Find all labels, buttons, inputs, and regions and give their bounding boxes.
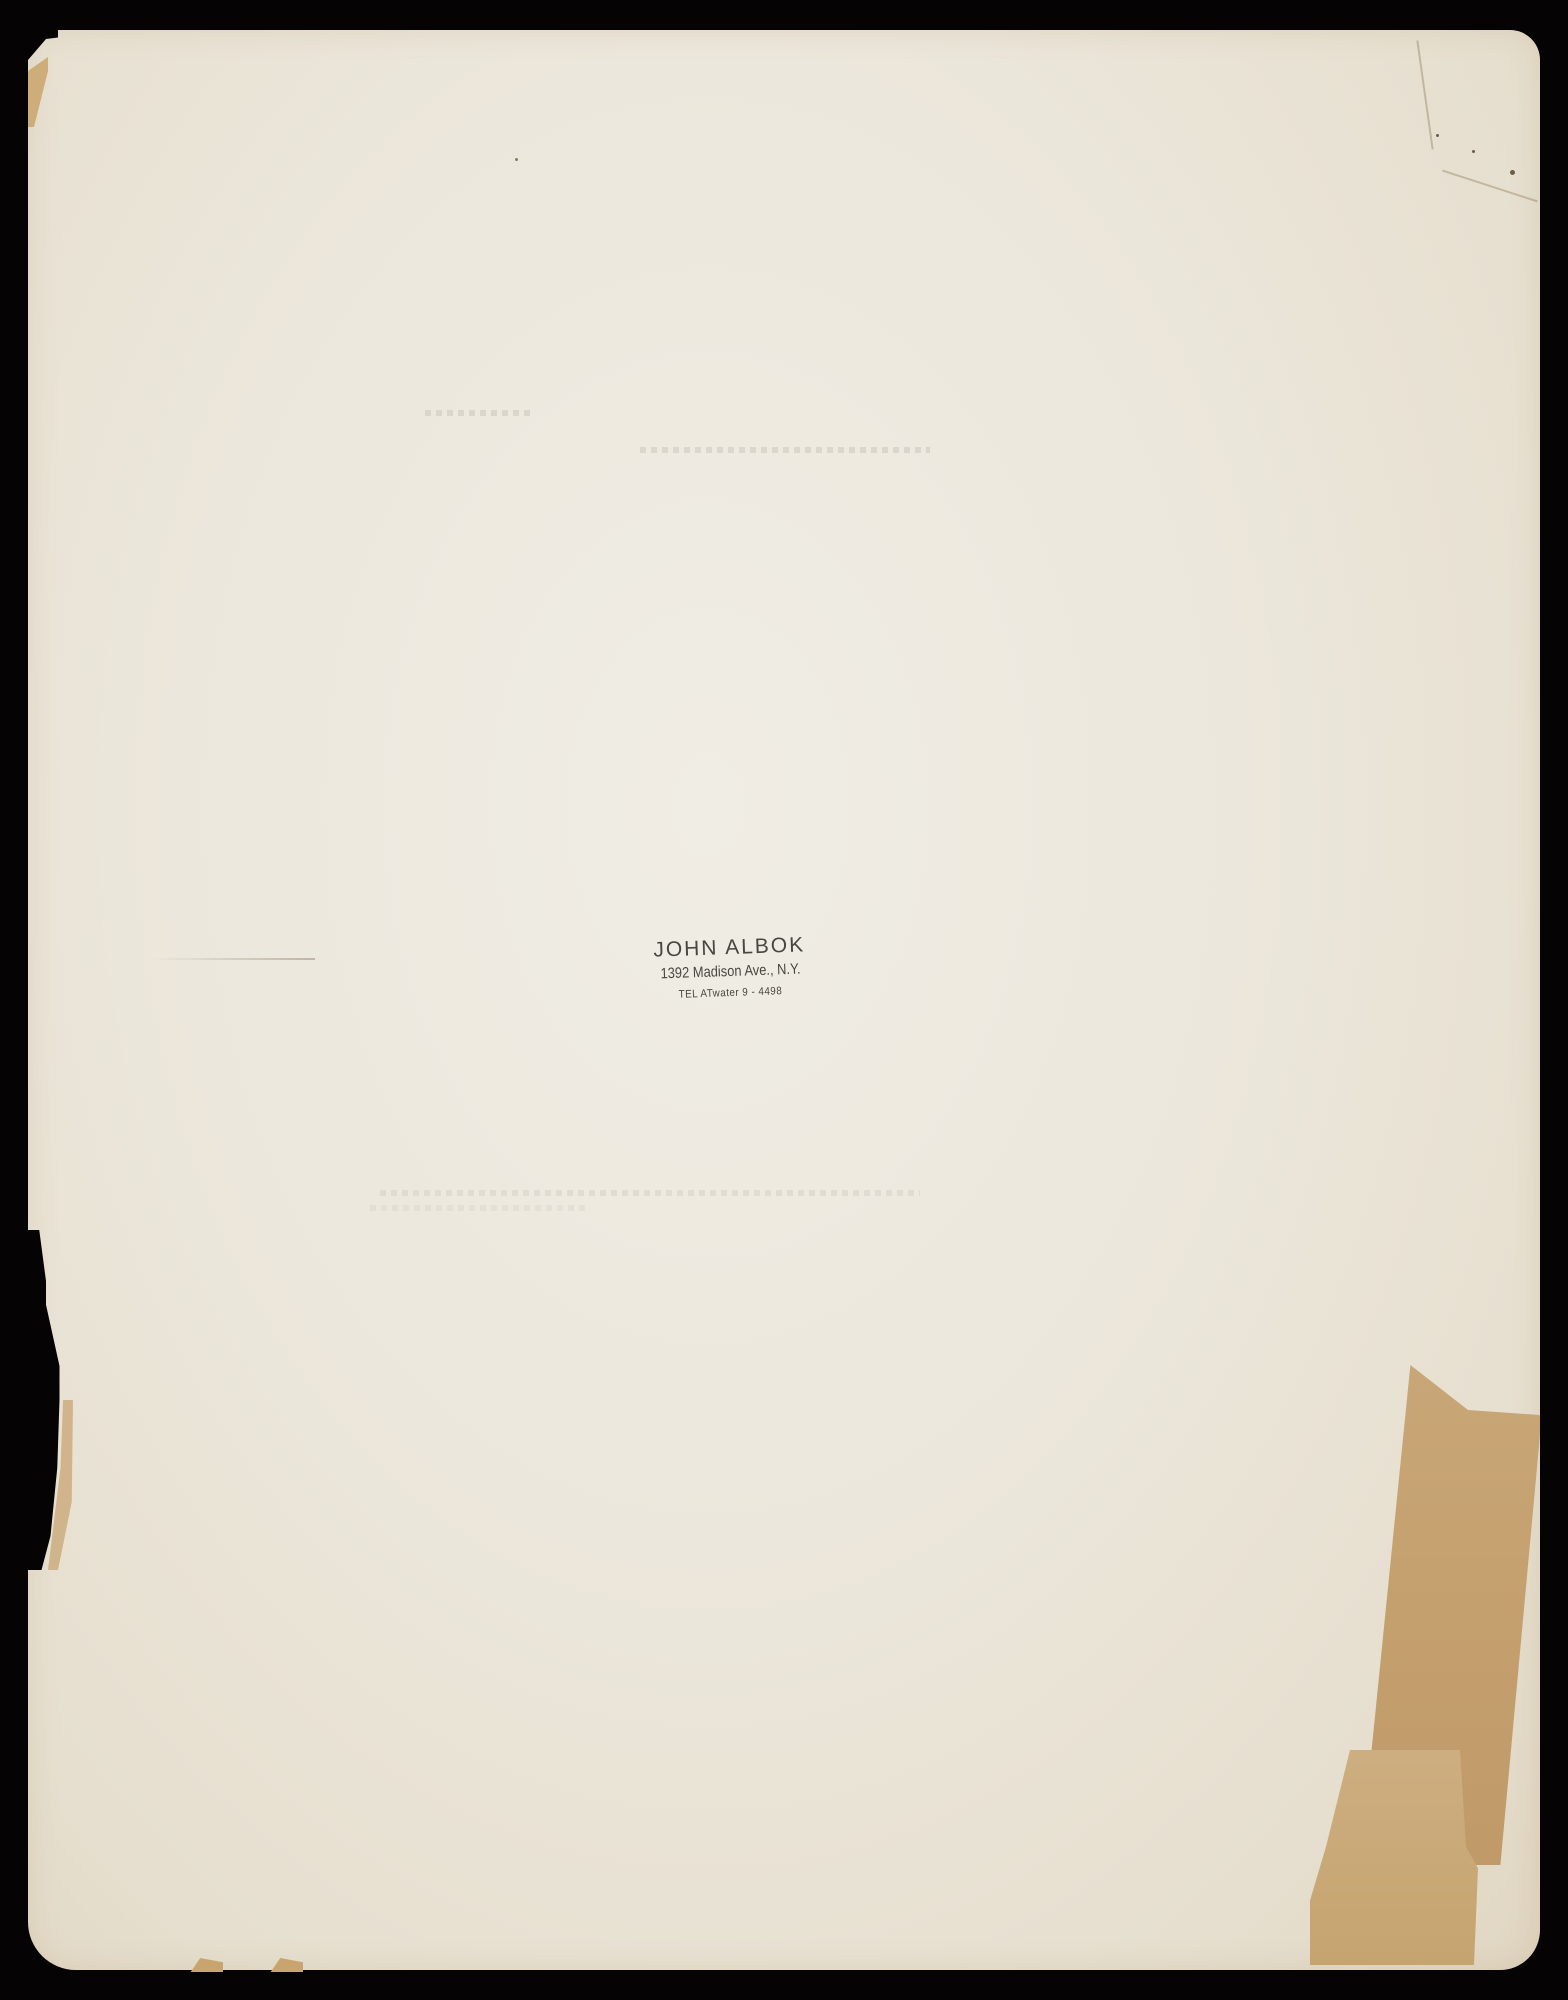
speck [1510, 170, 1515, 175]
stamp-telephone: TEL ATwater 9 - 4498 [679, 982, 783, 1004]
speck [515, 158, 518, 161]
crease-mark [150, 958, 315, 960]
speck [1436, 134, 1439, 137]
ghost-text-mark [370, 1205, 590, 1211]
photographer-stamp: JOHN ALBOK 1392 Madison Ave., N.Y. TEL A… [599, 930, 861, 1006]
ghost-text-mark [425, 410, 535, 416]
speck [1472, 150, 1475, 153]
ghost-text-mark [640, 447, 930, 453]
ghost-text-mark [380, 1190, 920, 1196]
